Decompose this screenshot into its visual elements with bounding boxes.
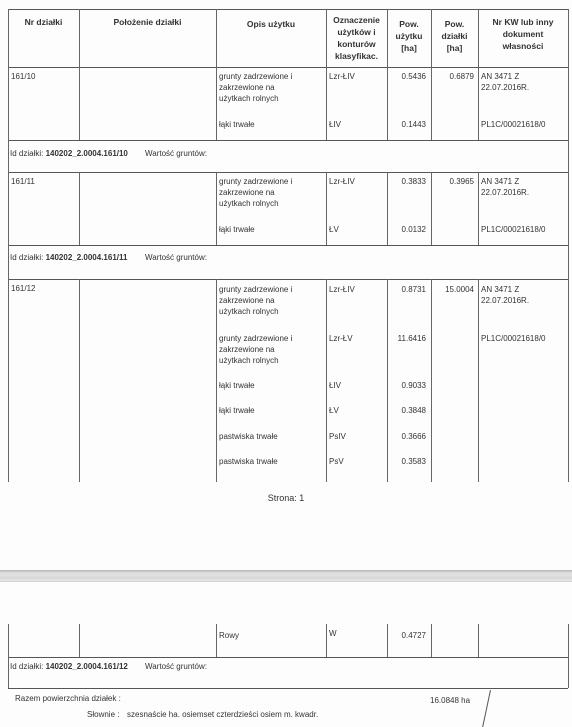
parcel-column-rule (568, 67, 569, 140)
parcel-column-rule (326, 279, 327, 482)
land-use-description: grunty zadrzewione izakrzewione naużytka… (219, 71, 292, 104)
in-words-value: szesnaście ha. osiemset czterdzieści osi… (127, 709, 318, 720)
parcel-id-row: Id działki: 140202_2.0004.161/11 (10, 252, 127, 263)
parcel-rows-bottom-border (8, 140, 568, 141)
parcel-id-label: Id działki: (10, 149, 46, 158)
page-number: Strona: 1 (0, 493, 572, 504)
parcel-area: 15.0004 (431, 284, 474, 295)
parcel-rows-bottom-border (8, 245, 568, 246)
land-use-area: 11.6416 (387, 333, 426, 344)
parcel-id-value: 140202_2.0004.161/11 (46, 253, 128, 262)
id-row-border (8, 140, 9, 172)
land-use-class: ŁV (329, 224, 339, 235)
continuation-column-rule (216, 624, 217, 657)
land-use-area: 0.9033 (387, 380, 426, 391)
land-use-class: PsV (329, 456, 344, 467)
header-oznaczenie: Oznaczenieużytków ikonturówklasyfikac. (326, 14, 387, 62)
land-use-area: 0.4727 (387, 630, 426, 641)
parcel-id-label: Id działki: (10, 253, 46, 262)
land-register-id: PL1C/00021618/0 (481, 119, 546, 130)
land-use-class: Lzr-ŁIV (329, 176, 355, 187)
parcel-area: 0.6879 (431, 71, 474, 82)
parcel-column-rule (8, 279, 9, 482)
land-use-description: grunty zadrzewione izakrzewione naużytka… (219, 284, 292, 317)
id-row-border (568, 657, 569, 688)
land-register-id: PL1C/00021618/0 (481, 224, 546, 235)
land-use-area: 0.1443 (387, 119, 426, 130)
header-nr-kw: Nr KW lub innydokumentwłasności (478, 16, 568, 52)
header-polozenie: Położenie działki (79, 16, 216, 28)
land-use-description: grunty zadrzewione izakrzewione naużytka… (219, 333, 292, 366)
parcel-number: 161/11 (11, 176, 35, 187)
land-use-class: Lzr-ŁV (329, 333, 353, 344)
parcel-column-rule (79, 67, 80, 140)
parcel-column-rule (326, 172, 327, 245)
parcel-column-rule (568, 172, 569, 245)
continuation-column-rule (431, 624, 432, 657)
land-value-label: Wartość gruntów: (145, 661, 207, 672)
parcel-column-rule (216, 279, 217, 482)
land-use-description: Rowy (219, 630, 239, 641)
land-use-class: ŁIV (329, 380, 341, 391)
total-area-value: 16.0848 ha (430, 695, 470, 706)
land-use-description: łąki trwałe (219, 405, 255, 416)
header-pow-dzialki: Pow.działki[ha] (431, 18, 478, 54)
total-area-label: Razem powierzchnia działek : (15, 693, 121, 704)
land-use-description: łąki trwałe (219, 224, 255, 235)
table-top-border (8, 9, 568, 10)
parcel-column-rule (8, 67, 9, 140)
land-use-class: ŁIV (329, 119, 341, 130)
continuation-column-rule (478, 624, 479, 657)
parcel-column-rule (431, 279, 432, 482)
land-use-description: pastwiska trwałe (219, 456, 278, 467)
id-row-border (8, 245, 9, 279)
land-use-class: PsIV (329, 431, 346, 442)
continuation-column-rule (8, 624, 9, 657)
parcel-column-rule (478, 279, 479, 482)
land-register-number: AN 3471 Z22.07.2016R. (481, 176, 529, 198)
parcel-id-value: 140202_2.0004.161/10 (46, 149, 128, 158)
header-pow-uzytku: Pow.użytku[ha] (387, 18, 431, 54)
land-use-area: 0.3833 (387, 176, 426, 187)
header-opis: Opis użytku (216, 18, 326, 30)
id-row-border (568, 245, 569, 279)
land-use-area: 0.3583 (387, 456, 426, 467)
parcel-id-row: Id działki: 140202_2.0004.161/12 (10, 661, 128, 672)
land-use-description: grunty zadrzewione izakrzewione naużytka… (219, 176, 292, 209)
id-row-bottom-border (8, 172, 568, 173)
continuation-column-rule (568, 624, 569, 657)
land-use-area: 0.8731 (387, 284, 426, 295)
id-row-bottom-border (8, 279, 568, 280)
parcel-number: 161/12 (11, 283, 35, 294)
parcel-column-rule (216, 172, 217, 245)
land-use-area: 0.3848 (387, 405, 426, 416)
continuation-column-rule (326, 624, 327, 657)
page-separator (0, 570, 572, 582)
continuation-column-rule (79, 624, 80, 657)
id-row-bottom-border (8, 688, 568, 689)
parcel-column-rule (216, 67, 217, 140)
parcel-column-rule (8, 172, 9, 245)
land-use-description: łąki trwałe (219, 380, 255, 391)
land-register-number: AN 3471 Z22.07.2016R. (481, 284, 529, 306)
land-value-label: Wartość gruntów: (145, 252, 207, 263)
land-use-class: Lzr-ŁIV (329, 284, 355, 295)
header-column-rule (568, 9, 569, 67)
land-use-class: ŁV (329, 405, 339, 416)
land-use-description: łąki trwałe (219, 119, 255, 130)
land-use-area: 0.5436 (387, 71, 426, 82)
continuation-bottom-border (8, 657, 568, 658)
header-nr-dzialki: Nr działki (8, 16, 79, 28)
parcel-area: 0.3965 (431, 176, 474, 187)
id-row-border (8, 657, 9, 688)
header-bottom-border (8, 67, 568, 68)
parcel-column-rule (79, 172, 80, 245)
parcel-number: 161/10 (11, 71, 35, 82)
land-use-area: 0.3666 (387, 431, 426, 442)
parcel-column-rule (478, 67, 479, 140)
parcel-column-rule (478, 172, 479, 245)
parcel-id-row: Id działki: 140202_2.0004.161/10 (10, 148, 128, 159)
parcel-column-rule (79, 279, 80, 482)
land-use-class: W (329, 628, 337, 639)
parcel-column-rule (326, 67, 327, 140)
land-value-label: Wartość gruntów: (145, 148, 207, 159)
parcel-column-rule (568, 279, 569, 482)
in-words-label: Słownie : (87, 709, 119, 720)
id-row-border (568, 140, 569, 172)
land-register-number: AN 3471 Z22.07.2016R. (481, 71, 529, 93)
parcel-id-value: 140202_2.0004.161/12 (46, 662, 128, 671)
land-use-area: 0.0132 (387, 224, 426, 235)
land-register-id: PL1C/00021618/0 (481, 333, 546, 344)
land-use-description: pastwiska trwałe (219, 431, 278, 442)
land-use-class: Lzr-ŁIV (329, 71, 355, 82)
pen-mark (482, 690, 491, 727)
parcel-id-label: Id działki: (10, 662, 46, 671)
